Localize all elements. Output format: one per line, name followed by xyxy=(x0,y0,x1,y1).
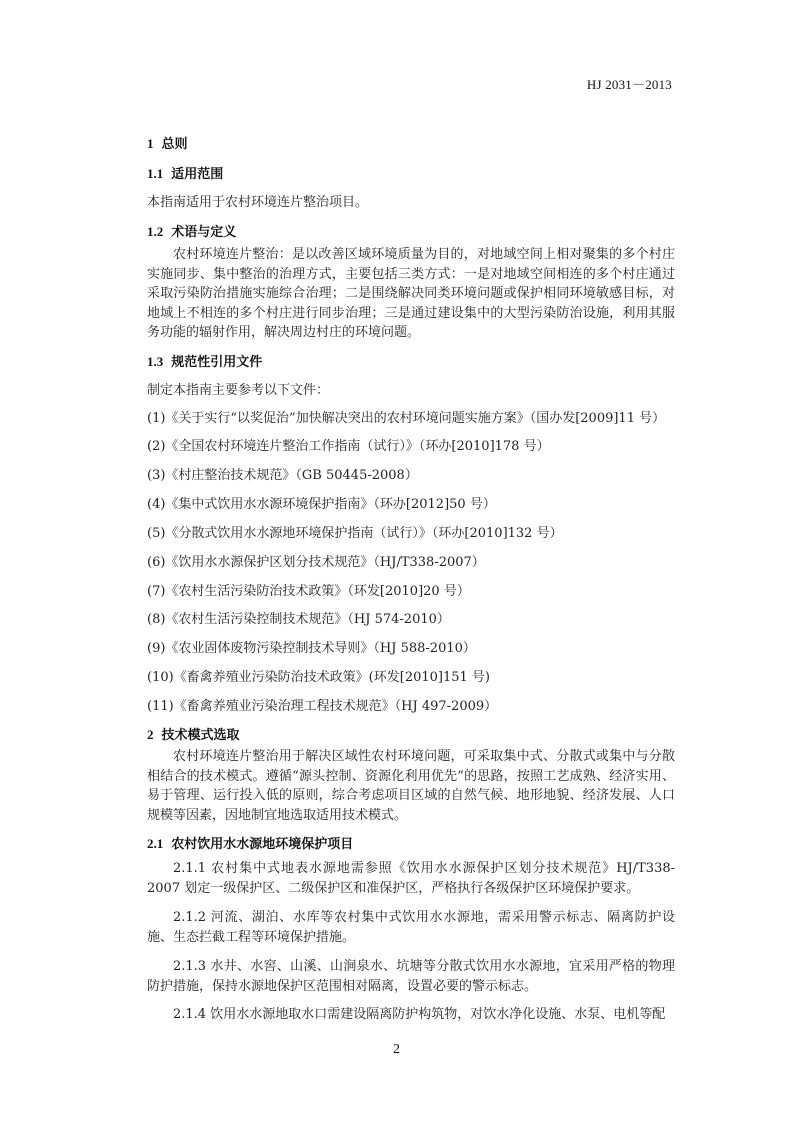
reference-item: (5)《分散式饮用水水源地环境保护指南（试行）》（环办[2010]132 号） xyxy=(147,522,563,541)
reference-item: (10)《畜禽养殖业污染防治技术政策》(环发[2010]151 号) xyxy=(147,666,490,685)
reference-item: (1)《关于实行“以奖促治”加快解决突出的农村环境问题实施方案》（国办发[200… xyxy=(147,407,665,426)
reference-item: (6)《饮用水水源保护区划分技术规范》（HJ/T338-2007） xyxy=(147,551,485,570)
reference-item: (4)《集中式饮用水水源环境保护指南》（环办[2012]50 号） xyxy=(147,493,496,512)
section-2-heading: 2技术模式选取 xyxy=(147,724,240,743)
section-1-1-heading: 1.1适用范围 xyxy=(147,163,223,182)
section-1-3-intro: 制定本指南主要参考以下文件： xyxy=(147,379,329,398)
clause-2-1-4: 2.1.4 饮用水水源地取水口需建设隔离防护构筑物，对饮水净化设施、水泵、电机等… xyxy=(147,1005,675,1025)
reference-item: (3)《村庄整治技术规范》（GB 50445-2008） xyxy=(147,464,418,483)
reference-item: (8)《农村生活污染控制技术规范》（HJ 574-2010） xyxy=(147,608,450,627)
section-2-1-heading: 2.1农村饮用水水源地环境保护项目 xyxy=(147,833,353,852)
standard-code: HJ 2031－2013 xyxy=(587,74,672,93)
page-number: 2 xyxy=(0,1042,793,1058)
section-2-text: 农村环境连片整治用于解决区域性农村环境问题，可采取集中式、分散式或集中与分散相结… xyxy=(147,747,675,825)
section-1-1-text: 本指南适用于农村环境连片整治项目。 xyxy=(147,191,368,210)
section-1-2-text: 农村环境连片整治：是以改善区域环境质量为目的，对地域空间上相对聚集的多个村庄实施… xyxy=(147,245,675,343)
document-page: HJ 2031－2013 1总则 1.1适用范围 本指南适用于农村环境连片整治项… xyxy=(0,0,793,1122)
section-1-3-heading: 1.3规范性引用文件 xyxy=(147,351,262,370)
clause-2-1-1: 2.1.1 农村集中式地表水源地需参照《饮用水水源保护区划分技术规范》HJ/T3… xyxy=(147,859,675,898)
reference-item: (9)《农业固体废物污染控制技术导则》（HJ 588-2010） xyxy=(147,637,476,656)
reference-item: (2)《全国农村环境连片整治工作指南（试行）》（环办[2010]178 号） xyxy=(147,435,550,454)
reference-item: (7)《农村生活污染防治技术政策》（环发[2010]20 号） xyxy=(147,580,470,599)
clause-2-1-2: 2.1.2 河流、湖泊、水库等农村集中式饮用水水源地，需采用警示标志、隔离防护设… xyxy=(147,908,675,947)
section-1-2-heading: 1.2术语与定义 xyxy=(147,221,236,240)
clause-2-1-3: 2.1.3 水井、水窖、山溪、山涧泉水、坑塘等分散式饮用水水源地，宜采用严格的物… xyxy=(147,957,675,996)
section-1-heading: 1总则 xyxy=(147,133,188,152)
reference-item: (11)《畜禽养殖业污染治理工程技术规范》（HJ 497-2009） xyxy=(147,695,497,714)
